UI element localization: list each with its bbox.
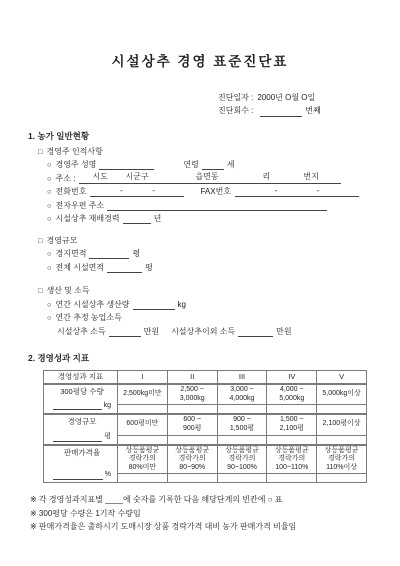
diagnosis-count-field[interactable] — [260, 107, 302, 117]
grade-mark-cell[interactable] — [317, 435, 367, 444]
dash-separator: - — [275, 186, 278, 196]
facility-area-line: ○ 전체 시설면적 평 — [0, 259, 400, 273]
grade-mark-cell[interactable] — [267, 435, 317, 444]
yield-line: ○ 연간 시설상추 생산량 kg — [0, 296, 400, 310]
grade-mark-cell[interactable] — [118, 435, 168, 444]
circle-bullet-icon: ○ — [47, 312, 52, 323]
grade-mark-cell[interactable] — [167, 435, 217, 444]
phone-field[interactable]: -- — [90, 186, 184, 197]
personal-info-group-title: □ 경영주 인적사항 — [0, 143, 400, 157]
land-area-field[interactable] — [89, 249, 129, 259]
footnote-1: ※ 각 경영성과지표별 ____에 숫자를 기록한 다음 해당단계의 빈칸에 ○… — [0, 493, 400, 507]
age-unit: 세 — [227, 159, 235, 170]
circle-bullet-icon: ○ — [47, 200, 52, 211]
owner-name-line: ○ 경영주 성명 연령 세 — [0, 157, 400, 171]
address-field[interactable]: 시도 시군구 읍면동 리 번지 — [79, 173, 341, 184]
grade-mark-cell[interactable] — [217, 474, 267, 483]
income-other-label: 시설상추이외 소득 — [171, 326, 235, 337]
header-grade-3: III — [217, 370, 267, 384]
fax-field[interactable]: -- — [235, 186, 359, 197]
diagnosis-meta: 진단일자 : 2000년 O월 O일 진단회수 : 번째 — [218, 91, 400, 117]
phone-label: 전화번호 — [56, 186, 87, 197]
yield-indicator-row: 300평당 수량 kg 2,500kg미만 2,500 ~ 3,000kg 3,… — [44, 384, 367, 405]
section2-heading: 2. 경영성과 지표 — [0, 351, 400, 365]
grade-range-cell: 상등품평균 경락가의 80%미만 — [118, 445, 168, 474]
dash-separator: - — [152, 186, 155, 196]
email-label: 전자우편 주소 — [56, 200, 105, 211]
price-indicator-value-field[interactable] — [53, 472, 103, 480]
checkbox-icon: □ — [38, 285, 43, 296]
header-grade-2: II — [167, 370, 217, 384]
career-line: ○ 시설상추 재배경력 년 — [0, 211, 400, 225]
yield-unit: kg — [178, 299, 186, 310]
address-part-sido: 시도 — [92, 171, 107, 182]
indicator-label: 판매가격율 — [53, 449, 111, 458]
address-label: 주소 : — [56, 173, 76, 184]
grade-mark-cell[interactable] — [118, 405, 168, 414]
address-part-ri: 리 — [262, 171, 270, 182]
grade-range-cell: 600 ~ 900평 — [167, 414, 217, 436]
checkbox-icon: □ — [38, 146, 43, 157]
diagnosis-date-label: 진단일자 : — [218, 91, 253, 104]
yield-indicator-label-cell: 300평당 수량 kg — [44, 384, 118, 414]
grade-mark-cell[interactable] — [167, 474, 217, 483]
performance-indicator-table: 경영성과 지표 I II III IV V 300평당 수량 kg — [43, 370, 367, 484]
grade-mark-cell[interactable] — [267, 405, 317, 414]
grade-range-cell: 2,500kg미만 — [118, 384, 168, 405]
grade-mark-cell[interactable] — [267, 474, 317, 483]
career-field[interactable] — [123, 214, 151, 224]
address-part-beonji: 번지 — [303, 171, 318, 182]
scale-group-title: □ 경영규모 — [0, 232, 400, 246]
email-line: ○ 전자우편 주소 — [0, 197, 400, 211]
land-area-line: ○ 경지면적 평 — [0, 246, 400, 260]
facility-area-label: 전체 시설면적 — [56, 262, 105, 273]
address-line: ○ 주소 : 시도 시군구 읍면동 리 번지 — [0, 170, 400, 184]
owner-name-field[interactable] — [99, 160, 154, 170]
header-grade-5: V — [317, 370, 367, 384]
footnote-2: ※ 300평당 수량은 1기작 수량임 — [0, 507, 400, 521]
land-area-label: 경지면적 — [56, 248, 87, 259]
circle-bullet-icon: ○ — [47, 213, 52, 224]
yield-indicator-value-field[interactable] — [53, 402, 102, 410]
dash-separator: - — [120, 186, 123, 196]
income-detail-line: 시설상추 소득 만원 시설상추이외 소득 만원 — [0, 323, 400, 337]
circle-bullet-icon: ○ — [47, 186, 52, 197]
circle-bullet-icon: ○ — [47, 159, 52, 170]
grade-range-cell: 3,000 ~ 4,000kg — [217, 384, 267, 405]
income-other-field[interactable] — [238, 327, 273, 337]
income-other-unit: 만원 — [276, 326, 291, 337]
diagnosis-count-label: 진단회수 : — [218, 104, 253, 117]
career-label: 시설상추 재배경력 — [56, 213, 120, 224]
income-lettuce-label: 시설상추 소득 — [57, 326, 106, 337]
scale-indicator-row: 경영규모 평 600평미만 600 ~ 900평 900 ~ 1,500평 1,… — [44, 414, 367, 436]
scale-indicator-label-cell: 경영규모 평 — [44, 414, 118, 445]
land-area-unit: 평 — [132, 248, 140, 259]
page-title: 시설상추 경영 표준진단표 — [0, 50, 400, 70]
diagnostic-form-page: 시설상추 경영 표준진단표 진단일자 : 2000년 O월 O일 진단회수 : … — [0, 0, 400, 566]
footnote-3: ※ 판매가격율은 출하시기 도매시장 상품 경락가격 대비 농가 판매가격 비율… — [0, 520, 400, 534]
scale-indicator-value-field[interactable] — [53, 434, 102, 442]
facility-area-unit: 평 — [145, 262, 153, 273]
phone-line: ○ 전화번호 -- FAX번호 -- — [0, 184, 400, 198]
grade-range-cell: 600평미만 — [118, 414, 168, 436]
grade-range-cell: 상등품평균 경락가의 100~110% — [267, 445, 317, 474]
price-indicator-label-cell: 판매가격율 % — [44, 445, 118, 483]
circle-bullet-icon: ○ — [47, 262, 52, 273]
income-line: ○ 연간 추정 농업소득 — [0, 310, 400, 324]
diagnosis-date-value: 2000년 O월 O일 — [257, 91, 315, 104]
fax-label: FAX번호 — [200, 186, 231, 197]
grade-range-cell: 4,000 ~ 5,000kg — [267, 384, 317, 405]
grade-mark-cell[interactable] — [217, 435, 267, 444]
grade-range-cell: 상등품평균 경락가의 110%이상 — [317, 445, 367, 474]
income-label: 연간 추정 농업소득 — [56, 312, 122, 323]
grade-mark-cell[interactable] — [217, 405, 267, 414]
header-indicator: 경영성과 지표 — [44, 370, 118, 384]
grade-range-cell: 상등품평균 경락가의 80~90% — [167, 445, 217, 474]
circle-bullet-icon: ○ — [47, 248, 52, 259]
age-field[interactable] — [202, 160, 224, 170]
diagnosis-date-line: 진단일자 : 2000년 O월 O일 — [218, 91, 400, 104]
grade-range-cell: 2,500 ~ 3,000kg — [167, 384, 217, 405]
checkbox-icon: □ — [38, 235, 43, 246]
address-part-eupmyeondong: 읍면동 — [195, 171, 218, 182]
header-grade-1: I — [118, 370, 168, 384]
header-grade-4: IV — [267, 370, 317, 384]
circle-bullet-icon: ○ — [47, 299, 52, 310]
yield-field[interactable] — [133, 300, 175, 310]
price-indicator-row: 판매가격율 % 상등품평균 경락가의 80%미만 상등품평균 경락가의 80~9… — [44, 445, 367, 474]
yield-label: 연간 시설상추 생산량 — [56, 299, 130, 310]
grade-mark-cell[interactable] — [118, 474, 168, 483]
email-field[interactable] — [107, 201, 327, 211]
grade-range-cell: 상등품평균 경락가의 90~100% — [217, 445, 267, 474]
grade-mark-cell[interactable] — [317, 405, 367, 414]
career-unit: 년 — [154, 213, 162, 224]
circle-bullet-icon: ○ — [47, 173, 52, 184]
income-lettuce-field[interactable] — [109, 327, 141, 337]
grade-range-cell: 2,100평이상 — [317, 414, 367, 436]
grade-mark-cell[interactable] — [317, 474, 367, 483]
indicator-unit: kg — [104, 402, 111, 411]
address-part-sigungu: 시군구 — [125, 171, 148, 182]
facility-area-field[interactable] — [107, 263, 142, 273]
grade-range-cell: 5,000kg이상 — [317, 384, 367, 405]
age-label: 연령 — [183, 159, 198, 170]
grade-range-cell: 1,500 ~ 2,100평 — [267, 414, 317, 436]
table-header-row: 경영성과 지표 I II III IV V — [44, 370, 367, 384]
indicator-label: 300평당 수량 — [53, 388, 111, 397]
production-group-title: □ 생산 및 소득 — [0, 283, 400, 297]
grade-mark-cell[interactable] — [167, 405, 217, 414]
grade-range-cell: 900 ~ 1,500평 — [217, 414, 267, 436]
diagnosis-count-line: 진단회수 : 번째 — [218, 104, 400, 117]
income-lettuce-unit: 만원 — [144, 326, 159, 337]
indicator-unit: % — [105, 471, 111, 480]
owner-name-label: 경영주 성명 — [56, 159, 97, 170]
dash-separator: - — [317, 186, 320, 196]
indicator-unit: 평 — [104, 433, 111, 442]
diagnosis-count-suffix: 번째 — [305, 104, 320, 117]
section1-heading: 1. 농가 일반현황 — [0, 129, 400, 143]
indicator-label: 경영규모 — [53, 418, 111, 427]
